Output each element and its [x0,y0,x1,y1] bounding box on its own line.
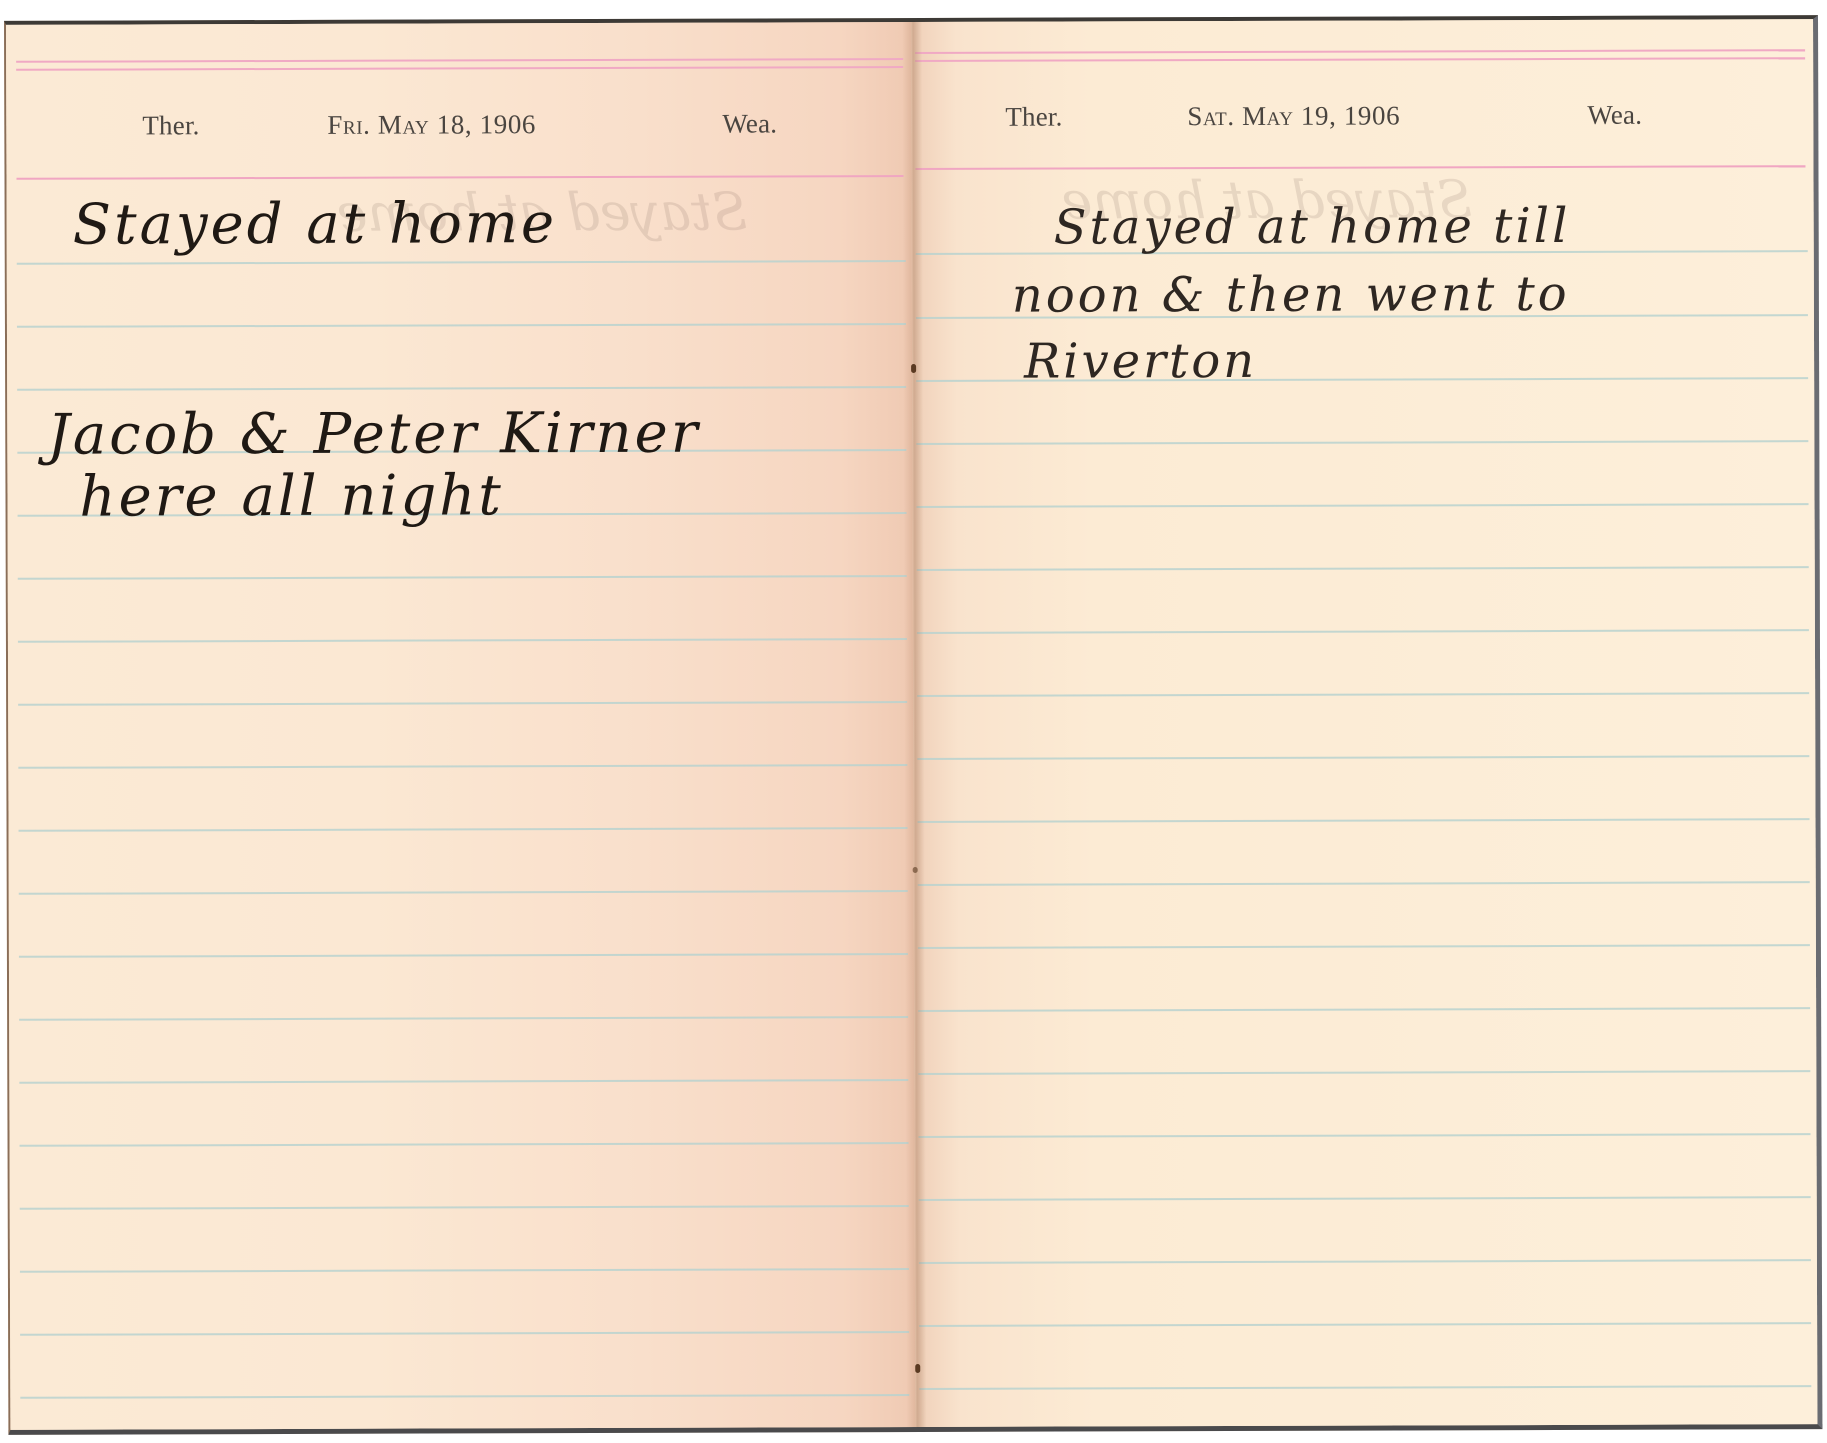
ruled-line [919,1133,1811,1138]
ruled-line [17,260,906,265]
ruled-line [917,755,1809,760]
ruled-line [19,1016,908,1021]
header-top-double-rule [915,49,1805,62]
binding-stitch [911,364,916,373]
thermometer-label: Ther. [1005,102,1062,133]
ruled-line [20,1142,909,1147]
diary-spread: Ther. Fri. May 18, 1906 Wea. Stayed at h… [4,15,1822,1435]
page-date: Sat. May 19, 1906 [1187,100,1400,132]
ruled-line [19,953,908,958]
ruled-line [20,1205,909,1210]
ruled-line [917,692,1809,697]
weather-label: Wea. [722,108,777,139]
ruled-line [918,818,1810,823]
right-page: Ther. Sat. May 19, 1906 Wea. Stayed at h… [911,19,1817,1427]
ruled-line [18,764,907,769]
header-bottom-rule [16,175,903,180]
ruled-line [919,1322,1811,1327]
ruled-line [17,323,906,328]
ruled-line [916,440,1808,445]
ruled-line [918,881,1810,886]
ruled-line [919,1196,1811,1201]
entry-line: Jacob & Peter Kirner [47,401,700,468]
ruled-line [919,1259,1811,1264]
binding-stitch [915,1364,920,1373]
ruled-line [918,944,1810,949]
header-bottom-rule [915,165,1805,170]
entry-line: Stayed at home till [1054,198,1571,256]
ruled-line [918,1007,1810,1012]
ruled-line [19,827,908,832]
ruled-line [917,566,1809,571]
entry-line: Stayed at home [73,191,558,258]
left-page: Ther. Fri. May 18, 1906 Wea. Stayed at h… [6,22,915,1430]
ruled-line [18,638,907,643]
ruled-line [18,575,907,580]
ruled-line [19,890,908,895]
ruled-line [917,503,1809,508]
ruled-line [918,1070,1810,1075]
entry-line: Riverton [1024,333,1257,390]
weather-label: Wea. [1587,100,1642,131]
thermometer-label: Ther. [142,110,199,141]
entry-line: here all night [79,463,504,529]
ruled-line [18,701,907,706]
ruled-line [19,1079,908,1084]
page-date: Fri. May 18, 1906 [327,109,536,141]
ruled-line [20,1268,909,1273]
header-top-double-rule [16,58,903,71]
ruled-line [20,1331,909,1336]
binding-stitch [913,867,918,873]
entry-line: noon & then went to [1012,266,1570,324]
ruled-line [17,386,906,391]
ruled-line [919,1385,1811,1390]
ruled-line [20,1394,909,1399]
ruled-line [917,629,1809,634]
